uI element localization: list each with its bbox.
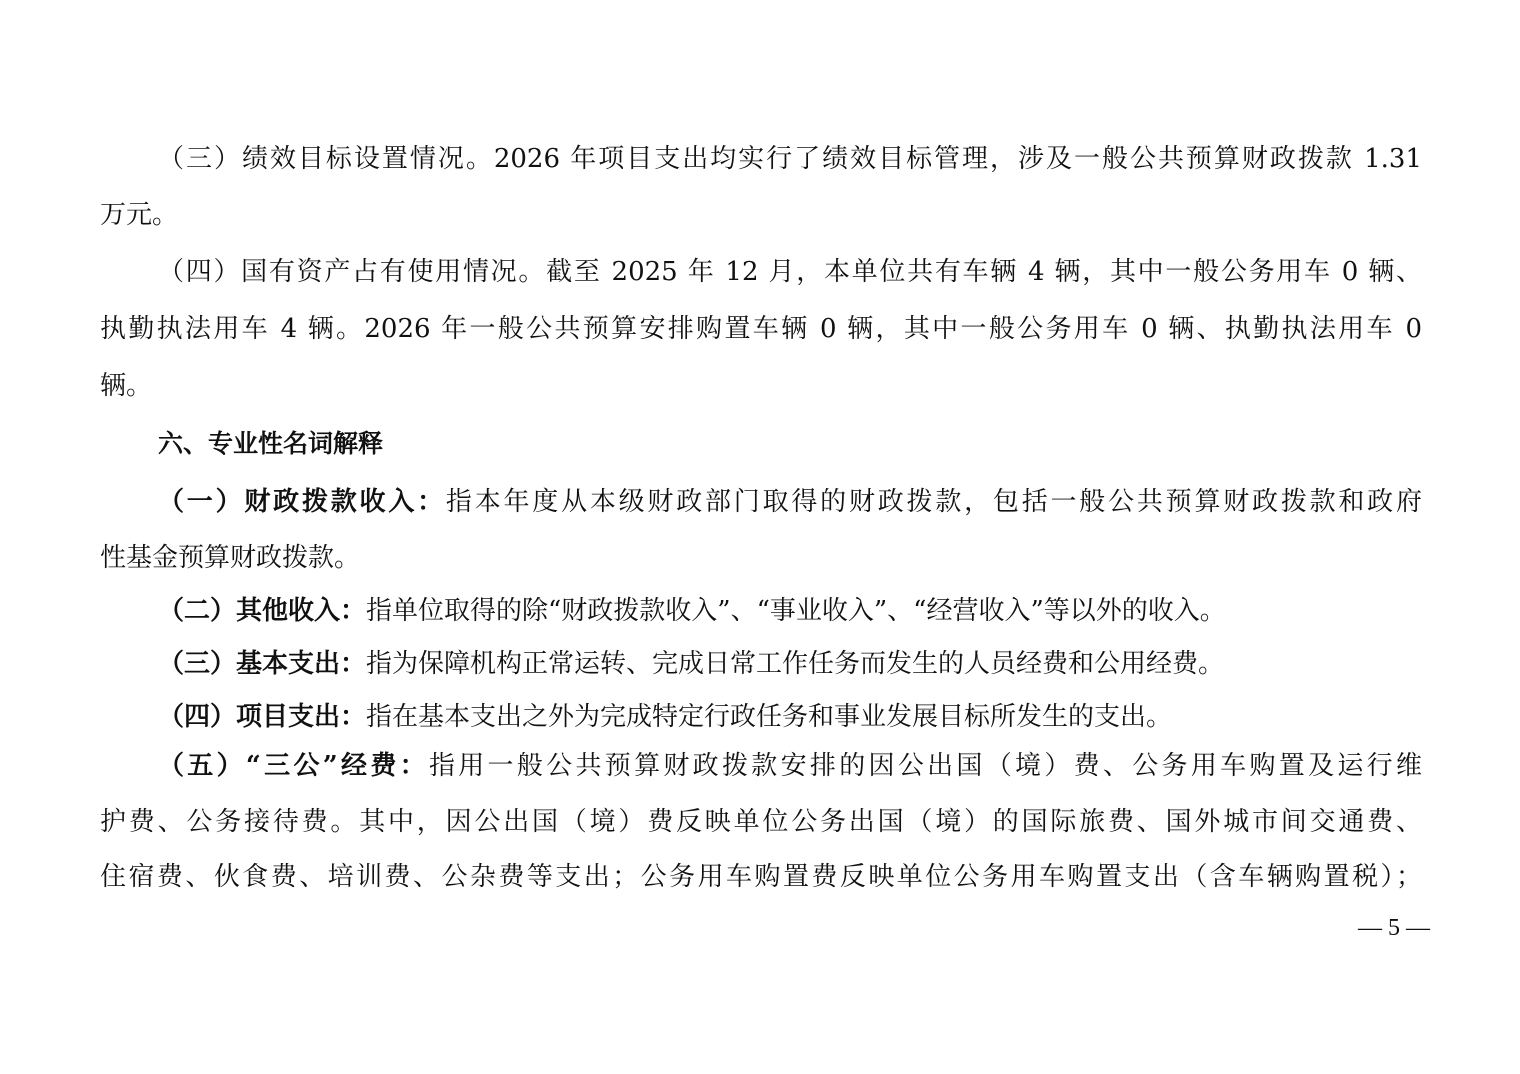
paragraph-lead: （四）国有资产占有使用情况。: [158, 257, 546, 287]
term-label: （三）基本支出：: [158, 649, 366, 679]
paragraph-performance-goals-line-2: 万元。: [100, 195, 1422, 235]
term-fiscal-appropriation-line-2: 性基金预算财政拨款。: [100, 538, 1422, 578]
term-three-public-expenses-line-1: （五）“三公”经费：指用一般公共预算财政拨款安排的因公出国（境）费、公务用车购置…: [100, 746, 1422, 786]
term-fiscal-appropriation-line-1: （一）财政拨款收入：指本年度从本级财政部门取得的财政拨款，包括一般公共预算财政拨…: [100, 482, 1422, 522]
term-label: （一）财政拨款收入：: [158, 487, 446, 517]
term-project-expenditure: （四）项目支出：指在基本支出之外为完成特定行政任务和事业发展目标所发生的支出。: [100, 697, 1422, 737]
paragraph-lead: （三）绩效目标设置情况。: [158, 144, 494, 174]
term-label: （四）项目支出：: [158, 702, 366, 732]
term-label: （二）其他收入：: [158, 596, 366, 626]
page-number: — 5 —: [1340, 910, 1430, 946]
term-other-income: （二）其他收入：指单位取得的除“财政拨款收入”、“事业收入”、“经营收入”等以外…: [100, 591, 1422, 631]
paragraph-state-assets-line-2: 执勤执法用车 4 辆。2026 年一般公共预算安排购置车辆 0 辆，其中一般公务…: [100, 309, 1422, 349]
term-three-public-expenses-line-2: 护费、公务接待费。其中，因公出国（境）费反映单位公务出国（境）的国际旅费、国外城…: [100, 802, 1422, 842]
paragraph-state-assets-line-1: （四）国有资产占有使用情况。截至 2025 年 12 月，本单位共有车辆 4 辆…: [100, 252, 1422, 292]
paragraph-performance-goals-line-1: （三）绩效目标设置情况。2026 年项目支出均实行了绩效目标管理，涉及一般公共预…: [100, 139, 1422, 179]
term-basic-expenditure: （三）基本支出：指为保障机构正常运转、完成日常工作任务而发生的人员经费和公用经费…: [100, 644, 1422, 684]
term-label: （五）“三公”经费：: [158, 751, 429, 781]
paragraph-state-assets-line-3: 辆。: [100, 366, 1422, 406]
section-heading: 六、专业性名词解释: [100, 424, 1422, 464]
term-three-public-expenses-line-3: 住宿费、伙食费、培训费、公杂费等支出；公务用车购置费反映单位公务用车购置支出（含…: [100, 857, 1422, 897]
